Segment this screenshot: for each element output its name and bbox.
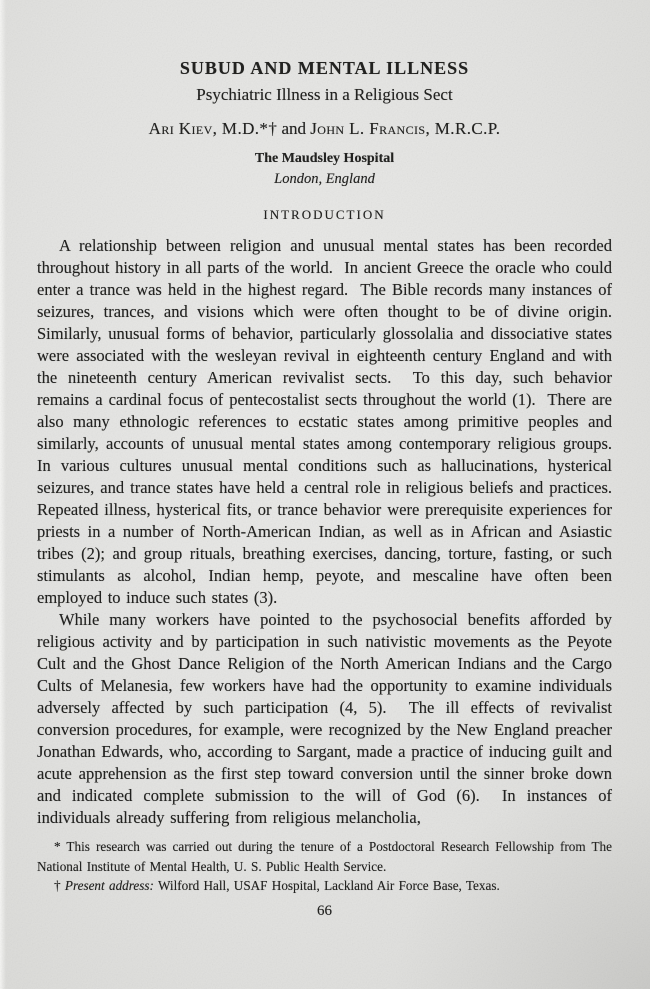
paragraph-1: A relationship between religion and unus… bbox=[37, 235, 612, 609]
author-2: John L. Francis, M.R.C.P. bbox=[310, 119, 500, 138]
affiliation-location: London, England bbox=[37, 169, 612, 189]
footnote-2: † Present address: Wilford Hall, USAF Ho… bbox=[37, 876, 612, 896]
author-connector: and bbox=[277, 119, 310, 138]
paper-title: SUBUD AND MENTAL ILLNESS bbox=[37, 58, 612, 79]
section-heading: INTRODUCTION bbox=[37, 207, 612, 223]
author-line: Ari Kiev, M.D.*† and John L. Francis, M.… bbox=[37, 119, 612, 139]
footnote-2-text: Wilford Hall, USAF Hospital, Lackland Ai… bbox=[154, 878, 500, 893]
author-1: Ari Kiev, M.D.*† bbox=[149, 119, 278, 138]
paragraph-2: While many workers have pointed to the p… bbox=[37, 609, 612, 829]
affiliation: The Maudsley Hospital bbox=[37, 149, 612, 169]
footnotes: * This research was carried out during t… bbox=[37, 837, 612, 896]
page-content: SUBUD AND MENTAL ILLNESS Psychiatric Ill… bbox=[0, 0, 650, 920]
footnote-2-label: Present address: bbox=[65, 878, 154, 893]
footnote-2-marker: † bbox=[54, 878, 65, 893]
scanned-paper-page: SUBUD AND MENTAL ILLNESS Psychiatric Ill… bbox=[0, 0, 650, 989]
page-number: 66 bbox=[37, 903, 612, 920]
footnote-1: * This research was carried out during t… bbox=[37, 837, 612, 876]
paper-subtitle: Psychiatric Illness in a Religious Sect bbox=[37, 85, 612, 105]
